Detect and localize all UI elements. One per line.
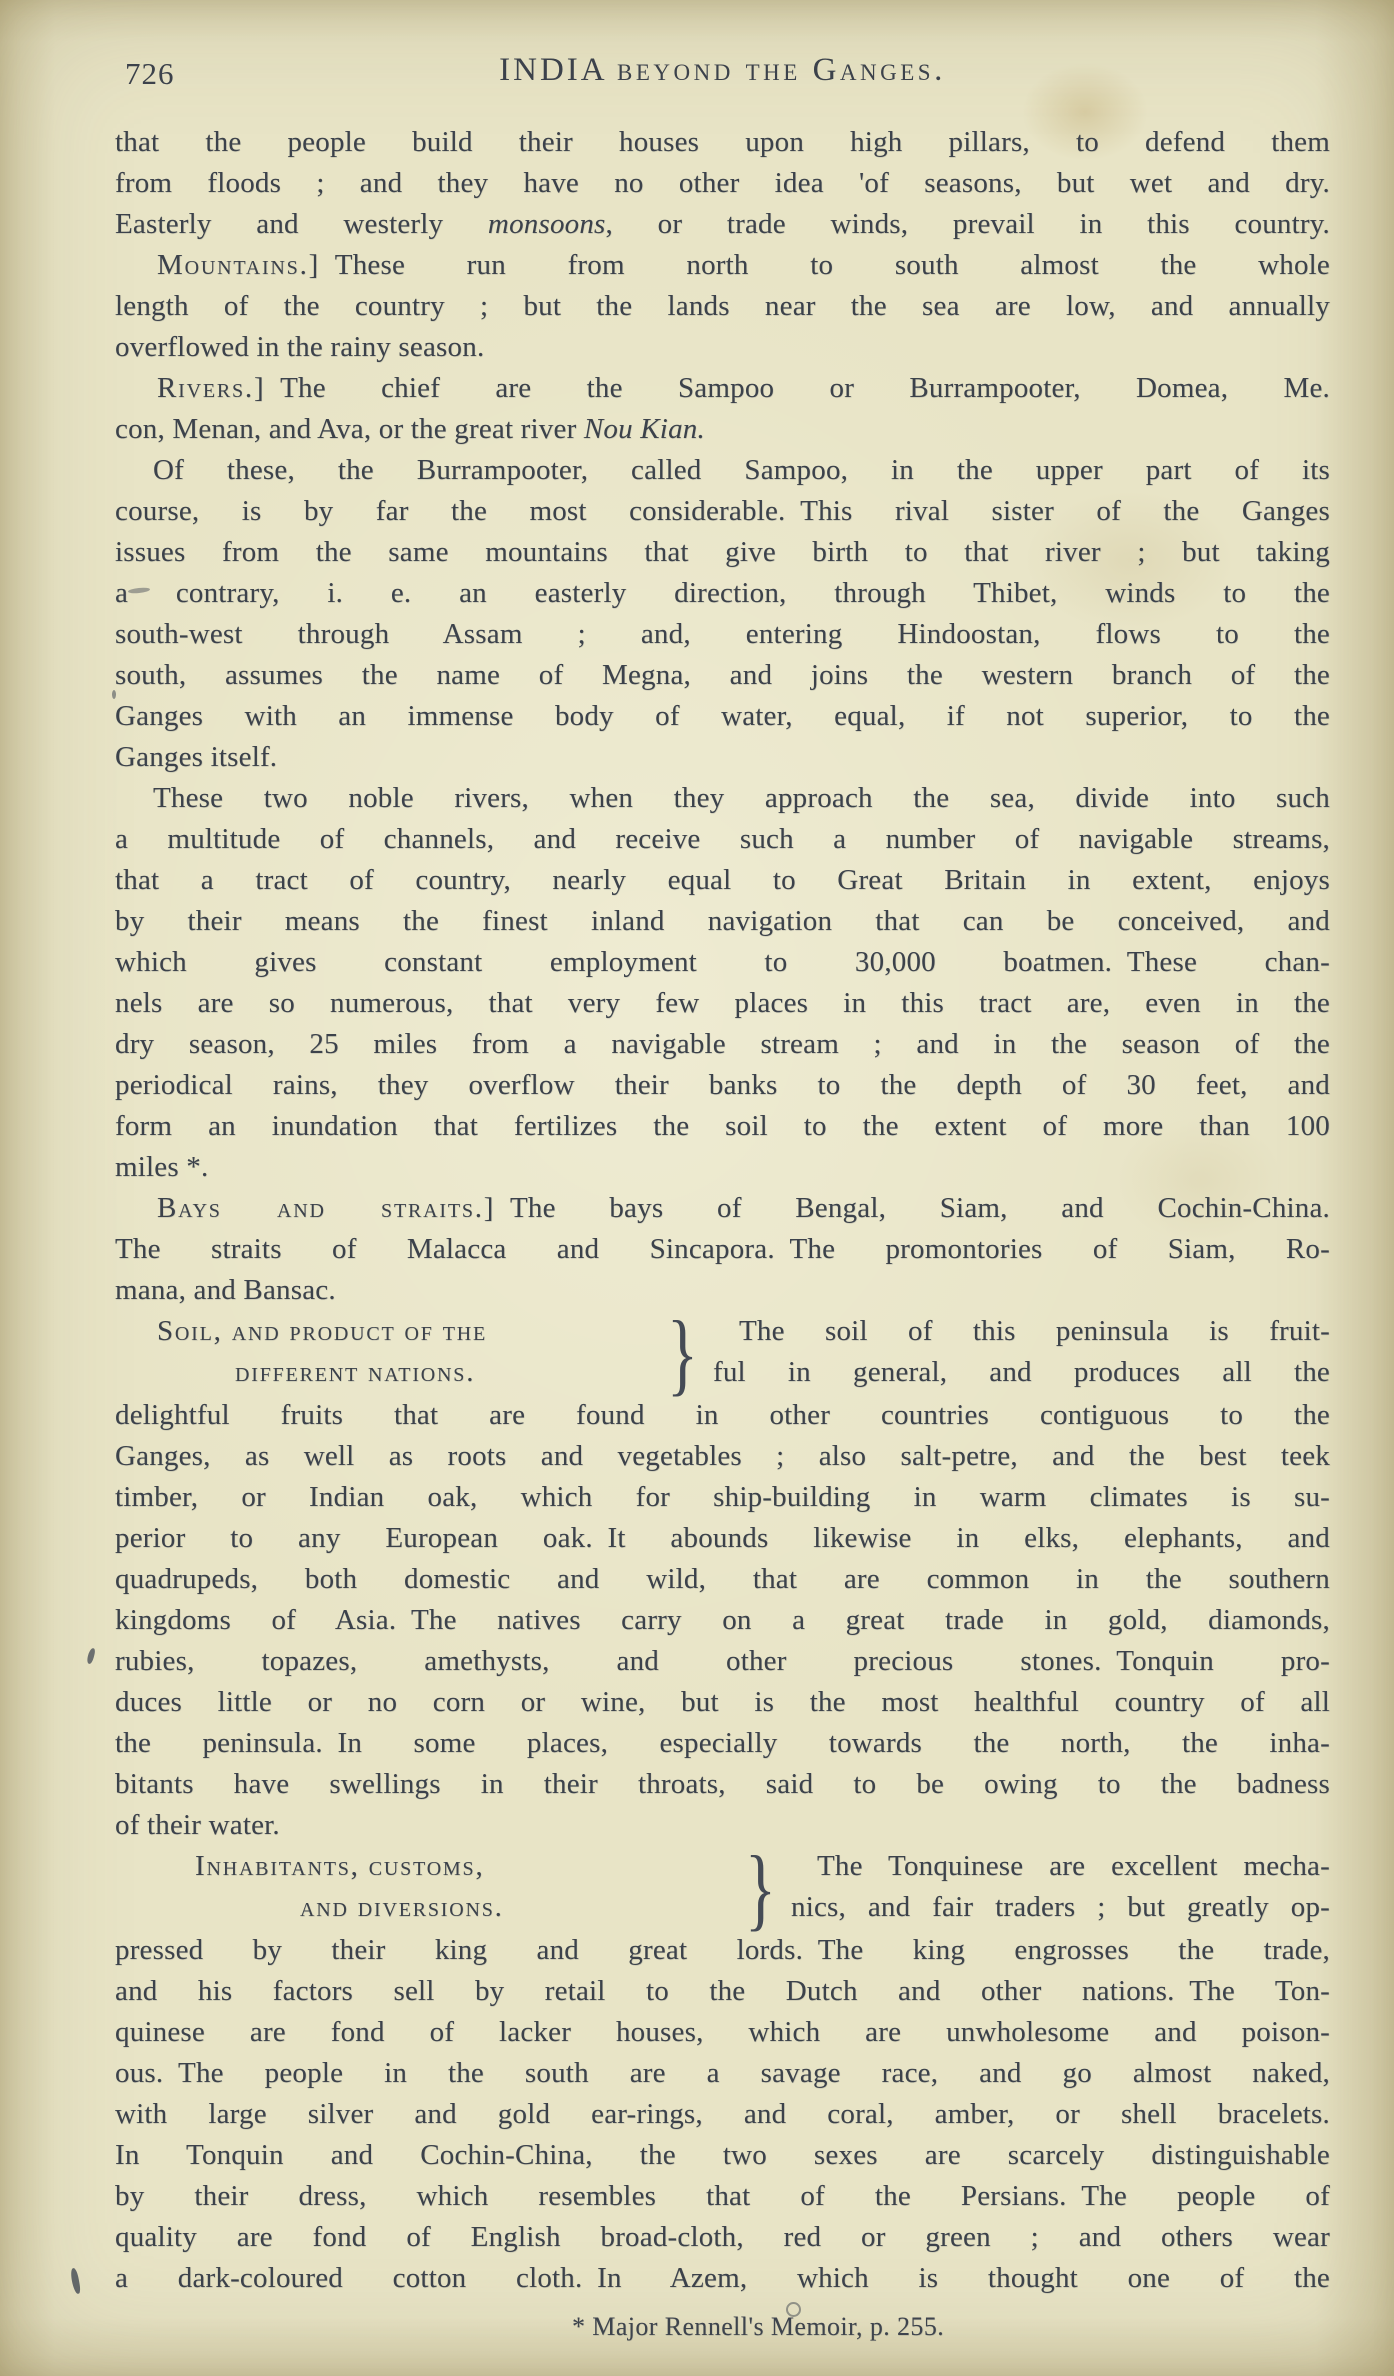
text-line: Of these, the Burrampooter, called Sampo… xyxy=(115,450,1330,491)
text-line: quinese are fond of lacker houses, which… xyxy=(115,2012,1330,2053)
text-line: timber, or Indian oak, which for ship-bu… xyxy=(115,1477,1330,1518)
text-line: by their means the finest inland navigat… xyxy=(115,901,1330,942)
body-text: that the people build their houses upon … xyxy=(115,122,1330,2299)
ink-smudge xyxy=(86,1648,96,1665)
italic-text: Nou Kian. xyxy=(584,413,705,445)
text-run: periodical rains, they overflow their ba… xyxy=(115,1069,1330,1101)
text-line: of their water. xyxy=(115,1805,1330,1846)
text-line: Easterly and westerly monsoons, or trade… xyxy=(115,204,1330,245)
ink-smudge xyxy=(70,2268,81,2295)
brace-right-text: The Tonquinese are excellent mecha-nics,… xyxy=(791,1846,1330,1930)
text-line: bitants have swellings in their throats,… xyxy=(115,1764,1330,1805)
text-run: perior to any European oak. It abounds l… xyxy=(115,1522,1330,1554)
text-run: Of these, the Burrampooter, called Sampo… xyxy=(153,454,1330,486)
text-run: south-west through Assam ; and, entering… xyxy=(115,618,1330,650)
text-run: rubies, topazes, amethysts, and other pr… xyxy=(115,1645,1330,1677)
text-line: the peninsula. In some places, especiall… xyxy=(115,1723,1330,1764)
text-line: and his factors sell by retail to the Du… xyxy=(115,1971,1330,2012)
text-run: overflowed in the rainy season. xyxy=(115,331,484,363)
text-run: with large silver and gold ear-rings, an… xyxy=(115,2098,1330,2130)
text-run: The soil of this peninsula is fruit- xyxy=(739,1315,1330,1347)
text-line: Mountains.] These run from north to sout… xyxy=(115,245,1330,286)
text-run: a dark-coloured cotton cloth. In Azem, w… xyxy=(115,2262,1330,2294)
text-run: timber, or Indian oak, which for ship-bu… xyxy=(115,1481,1330,1513)
text-line: ous. The people in the south are a savag… xyxy=(115,2053,1330,2094)
text-run: south, assumes the name of Megna, and jo… xyxy=(115,659,1330,691)
text-run: by their means the finest inland navigat… xyxy=(115,905,1330,937)
text-line: These two noble rivers, when they approa… xyxy=(115,778,1330,819)
text-run: kingdoms of Asia. The natives carry on a… xyxy=(115,1604,1330,1636)
section-heading: Bays and straits.] xyxy=(157,1192,495,1224)
heading-line: different nations. xyxy=(115,1352,667,1393)
section-heading: Rivers.] xyxy=(157,372,265,404)
text-line: The Tonquinese are excellent mecha- xyxy=(791,1846,1330,1887)
brace-left-labels: Inhabitants, customs,and diversions. xyxy=(115,1846,745,1930)
text-run: The bays of Bengal, Siam, and Cochin-Chi… xyxy=(495,1192,1330,1224)
text-run: ous. The people in the south are a savag… xyxy=(115,2057,1330,2089)
section-heading: Inhabitants, customs, xyxy=(195,1850,485,1882)
text-line: Ganges, as well as roots and vegetables … xyxy=(115,1436,1330,1477)
text-run: pressed by their king and great lords. T… xyxy=(115,1934,1330,1966)
text-line: Ganges with an immense body of water, eq… xyxy=(115,696,1330,737)
text-line: The straits of Malacca and Sincapora. Th… xyxy=(115,1229,1330,1270)
text-line: rubies, topazes, amethysts, and other pr… xyxy=(115,1641,1330,1682)
text-line: south, assumes the name of Megna, and jo… xyxy=(115,655,1330,696)
brace-section-inhabitants: Inhabitants, customs,and diversions.}The… xyxy=(115,1846,1330,1930)
section-heading: Soil, and product of the xyxy=(157,1315,487,1347)
text-line: ful in general, and produces all the xyxy=(713,1352,1330,1393)
brace-left-labels: Soil, and product of thedifferent nation… xyxy=(115,1311,667,1395)
text-run: and his factors sell by retail to the Du… xyxy=(115,1975,1330,2007)
text-run: mana, and Bansac. xyxy=(115,1274,336,1306)
text-run: dry season, 25 miles from a navigable st… xyxy=(115,1028,1330,1060)
text-line: delightful fruits that are found in othe… xyxy=(115,1395,1330,1436)
text-line: nels are so numerous, that very few plac… xyxy=(115,983,1330,1024)
text-line: a contrary, i. e. an easterly direction,… xyxy=(115,573,1330,614)
text-line: a multitude of channels, and receive suc… xyxy=(115,819,1330,860)
text-line: south-west through Assam ; and, entering… xyxy=(115,614,1330,655)
section-heading: different nations. xyxy=(235,1356,475,1388)
text-line: that a tract of country, nearly equal to… xyxy=(115,860,1330,901)
text-run: a multitude of channels, and receive suc… xyxy=(115,823,1330,855)
text-line: duces little or no corn or wine, but is … xyxy=(115,1682,1330,1723)
text-run: a contrary, i. e. an easterly direction,… xyxy=(115,577,1330,609)
text-line: course, is by far the most considerable.… xyxy=(115,491,1330,532)
text-line: In Tonquin and Cochin-China, the two sex… xyxy=(115,2135,1330,2176)
ink-smudge xyxy=(786,2302,801,2317)
text-run: that the people build their houses upon … xyxy=(115,126,1330,158)
text-run: bitants have swellings in their throats,… xyxy=(115,1768,1330,1800)
text-line: form an inundation that fertilizes the s… xyxy=(115,1106,1330,1147)
text-run: Ganges with an immense body of water, eq… xyxy=(115,700,1330,732)
text-run: nels are so numerous, that very few plac… xyxy=(115,987,1330,1019)
text-run: Ganges, as well as roots and vegetables … xyxy=(115,1440,1330,1472)
text-line: miles *. xyxy=(115,1147,1330,1188)
text-line: dry season, 25 miles from a navigable st… xyxy=(115,1024,1330,1065)
ink-smudge xyxy=(112,690,116,699)
text-run: from floods ; and they have no other ide… xyxy=(115,167,1330,199)
text-line: by their dress, which resembles that of … xyxy=(115,2176,1330,2217)
text-run: which gives constant employment to 30,00… xyxy=(115,946,1330,978)
text-run: These two noble rivers, when they approa… xyxy=(153,782,1330,814)
text-line: Ganges itself. xyxy=(115,737,1330,778)
text-line: mana, and Bansac. xyxy=(115,1270,1330,1311)
text-run: con, Menan, and Ava, or the great river xyxy=(115,413,584,445)
page-header: 726 INDIA beyond the Ganges. xyxy=(115,50,1330,96)
text-run: These run from north to south almost the… xyxy=(320,249,1330,281)
text-line: overflowed in the rainy season. xyxy=(115,327,1330,368)
page-number: 726 xyxy=(125,56,175,92)
text-run: Easterly and westerly xyxy=(115,208,488,240)
text-run: quality are fond of English broad-cloth,… xyxy=(115,2221,1330,2253)
heading-line: Soil, and product of the xyxy=(115,1311,667,1352)
page-title: INDIA beyond the Ganges. xyxy=(115,50,1330,89)
text-line: with large silver and gold ear-rings, an… xyxy=(115,2094,1330,2135)
text-line: Rivers.] The chief are the Sampoo or Bur… xyxy=(115,368,1330,409)
heading-line: and diversions. xyxy=(115,1887,745,1928)
section-heading: Mountains.] xyxy=(157,249,320,281)
text-run: In Tonquin and Cochin-China, the two sex… xyxy=(115,2139,1330,2171)
italic-text: monsoons xyxy=(488,208,606,240)
brace-icon: } xyxy=(745,1846,777,1930)
brace-right-text: The soil of this peninsula is fruit-ful … xyxy=(713,1311,1330,1395)
text-run: delightful fruits that are found in othe… xyxy=(115,1399,1330,1431)
text-line: perior to any European oak. It abounds l… xyxy=(115,1518,1330,1559)
running-title-segment: Ganges. xyxy=(813,52,946,88)
text-run: The Tonquinese are excellent mecha- xyxy=(817,1850,1330,1882)
text-run: course, is by far the most considerable.… xyxy=(115,495,1330,527)
brace-section-soil: Soil, and product of thedifferent nation… xyxy=(115,1311,1330,1395)
text-line: that the people build their houses upon … xyxy=(115,122,1330,163)
text-run: quinese are fond of lacker houses, which… xyxy=(115,2016,1330,2048)
text-line: length of the country ; but the lands ne… xyxy=(115,286,1330,327)
text-line: Bays and straits.] The bays of Bengal, S… xyxy=(115,1188,1330,1229)
text-run: ful in general, and produces all the xyxy=(713,1356,1330,1388)
text-line: issues from the same mountains that give… xyxy=(115,532,1330,573)
text-run: the peninsula. In some places, especiall… xyxy=(115,1727,1330,1759)
text-run: of their water. xyxy=(115,1809,280,1841)
text-line: quadrupeds, both domestic and wild, that… xyxy=(115,1559,1330,1600)
text-run: miles *. xyxy=(115,1151,208,1183)
text-run: by their dress, which resembles that of … xyxy=(115,2180,1330,2212)
text-run: The straits of Malacca and Sincapora. Th… xyxy=(115,1233,1330,1265)
text-run: length of the country ; but the lands ne… xyxy=(115,290,1330,322)
text-line: kingdoms of Asia. The natives carry on a… xyxy=(115,1600,1330,1641)
text-run: Ganges itself. xyxy=(115,741,277,773)
running-title-segment: INDIA xyxy=(499,52,617,88)
text-line: from floods ; and they have no other ide… xyxy=(115,163,1330,204)
text-line: The soil of this peninsula is fruit- xyxy=(713,1311,1330,1352)
text-run: form an inundation that fertilizes the s… xyxy=(115,1110,1330,1142)
text-run: nics, and fair traders ; but greatly op- xyxy=(791,1891,1330,1923)
book-page-scan: 726 INDIA beyond the Ganges. that the pe… xyxy=(0,0,1394,2376)
heading-line: Inhabitants, customs, xyxy=(115,1846,745,1887)
text-line: periodical rains, they overflow their ba… xyxy=(115,1065,1330,1106)
text-line: pressed by their king and great lords. T… xyxy=(115,1930,1330,1971)
text-run: that a tract of country, nearly equal to… xyxy=(115,864,1330,896)
text-line: nics, and fair traders ; but greatly op- xyxy=(791,1887,1330,1928)
text-run: , or trade winds, prevail in this countr… xyxy=(606,208,1330,240)
text-line: a dark-coloured cotton cloth. In Azem, w… xyxy=(115,2258,1330,2299)
running-title-segment: beyond the xyxy=(617,52,813,88)
text-run: quadrupeds, both domestic and wild, that… xyxy=(115,1563,1330,1595)
brace-icon: } xyxy=(667,1311,699,1395)
text-line: which gives constant employment to 30,00… xyxy=(115,942,1330,983)
footnote: * Major Rennell's Memoir, p. 255. xyxy=(572,2312,944,2342)
text-run: duces little or no corn or wine, but is … xyxy=(115,1686,1330,1718)
text-line: quality are fond of English broad-cloth,… xyxy=(115,2217,1330,2258)
text-run: issues from the same mountains that give… xyxy=(115,536,1330,568)
section-heading: and diversions. xyxy=(300,1891,504,1923)
text-run: The chief are the Sampoo or Burrampooter… xyxy=(265,372,1330,404)
text-line: con, Menan, and Ava, or the great river … xyxy=(115,409,1330,450)
